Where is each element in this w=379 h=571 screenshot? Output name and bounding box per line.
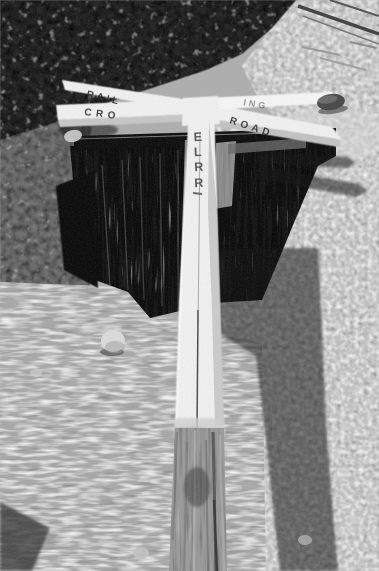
photo-fallen-crossbuck: RAIL CRO ING ROAD E L R R xyxy=(0,0,379,571)
film-grain-overlay xyxy=(0,0,379,571)
photo-canvas: RAIL CRO ING ROAD E L R R xyxy=(0,0,379,571)
